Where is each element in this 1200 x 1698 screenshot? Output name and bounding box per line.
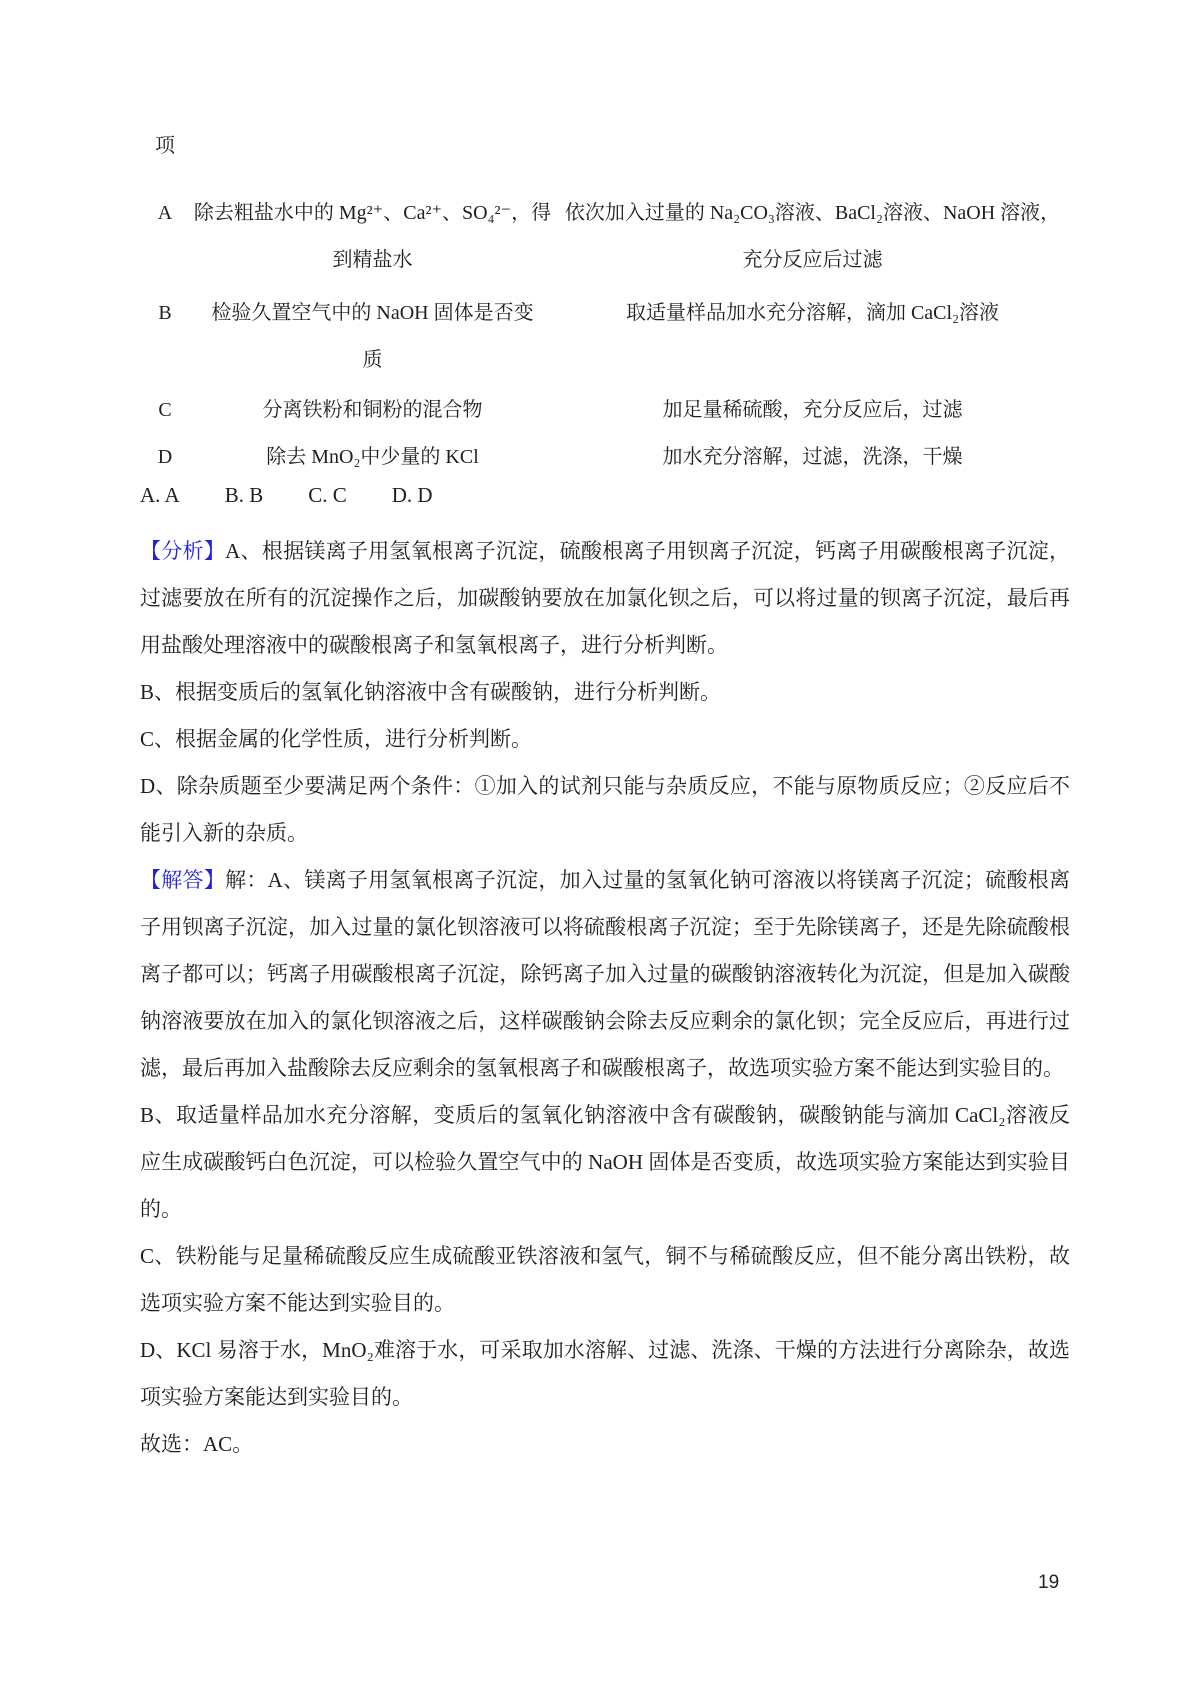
answer-paragraph: 【解答】解：A、镁离子用氢氧根离子沉淀，加入过量的氢氧化钠可溶液以将镁离子沉淀；…	[140, 857, 1070, 1092]
choice-b: B. B	[225, 472, 264, 519]
page-content: 项 A 除去粗盐水中的 Mg²⁺、Ca²⁺、SO₄²⁻，得 到精盐水 依次加入过…	[140, 0, 1070, 1468]
analysis-label: 【分析】	[140, 539, 225, 563]
answer-item-b: B、取适量样品加水充分溶解，变质后的氢氧化钠溶液中含有碳酸钠，碳酸钠能与滴加 C…	[140, 1092, 1070, 1233]
row-method: 分离铁粉和铜粉的混合物	[190, 387, 555, 434]
choice-d: D. D	[392, 472, 433, 519]
explanation-section: 【分析】A、根据镁离子用氢氧根离子沉淀，硫酸根离子用钡离子沉淀，钙离子用碳酸根离…	[140, 528, 1070, 1468]
paragraph-text: D、KCl 易溶于水，MnO₂难溶于水，可采取加水溶解、过滤、洗涤、干燥的方法进…	[140, 1338, 1070, 1409]
analysis-item-c: C、根据金属的化学性质，进行分析判断。	[140, 716, 1070, 763]
paragraph-text: C、根据金属的化学性质，进行分析判断。	[140, 727, 532, 751]
choice-c: C. C	[308, 472, 347, 519]
row-operation: 加水充分溶解，过滤，洗涤，干燥	[555, 434, 1070, 481]
row-method: 除去粗盐水中的 Mg²⁺、Ca²⁺、SO₄²⁻，得 到精盐水	[190, 190, 555, 284]
answer-item-d: D、KCl 易溶于水，MnO₂难溶于水，可采取加水溶解、过滤、洗涤、干燥的方法进…	[140, 1327, 1070, 1421]
paragraph-text: B、取适量样品加水充分溶解，变质后的氢氧化钠溶液中含有碳酸钠，碳酸钠能与滴加 C…	[140, 1103, 1070, 1221]
choice-a: A. A	[140, 472, 180, 519]
answer-item-c: C、铁粉能与足量稀硫酸反应生成硫酸亚铁溶液和氢气，铜不与稀硫酸反应，但不能分离出…	[140, 1233, 1070, 1327]
document-page: 项 A 除去粗盐水中的 Mg²⁺、Ca²⁺、SO₄²⁻，得 到精盐水 依次加入过…	[0, 0, 1200, 1698]
row-key: B	[140, 290, 190, 337]
table-header-row: 项	[140, 123, 1070, 170]
analysis-item-d: D、除杂质题至少要满足两个条件：①加入的试剂只能与杂质反应，不能与原物质反应；②…	[140, 763, 1070, 857]
row-operation: 加足量稀硫酸，充分反应后，过滤	[555, 387, 1070, 434]
table-corner-label: 项	[140, 123, 190, 170]
page-number: 19	[1038, 1572, 1059, 1594]
final-answer: 故选：AC。	[140, 1421, 1070, 1468]
table-row: B 检验久置空气中的 NaOH 固体是否变 质 取适量样品加水充分溶解，滴加 C…	[140, 290, 1070, 384]
row-operation: 依次加入过量的 Na₂CO₃溶液、BaCl₂溶液、NaOH 溶液， 充分反应后过…	[555, 190, 1070, 284]
table-row: C 分离铁粉和铜粉的混合物 加足量稀硫酸，充分反应后，过滤	[140, 387, 1070, 434]
paragraph-text: C、铁粉能与足量稀硫酸反应生成硫酸亚铁溶液和氢气，铜不与稀硫酸反应，但不能分离出…	[140, 1244, 1070, 1315]
answer-label: 【解答】	[140, 868, 225, 892]
experiment-table: 项 A 除去粗盐水中的 Mg²⁺、Ca²⁺、SO₄²⁻，得 到精盐水 依次加入过…	[140, 123, 1070, 481]
paragraph-text: B、根据变质后的氢氧化钠溶液中含有碳酸钠，进行分析判断。	[140, 680, 721, 704]
row-method: 检验久置空气中的 NaOH 固体是否变 质	[190, 290, 555, 384]
analysis-item-b: B、根据变质后的氢氧化钠溶液中含有碳酸钠，进行分析判断。	[140, 669, 1070, 716]
table-row: D 除去 MnO₂中少量的 KCl 加水充分溶解，过滤，洗涤，干燥	[140, 434, 1070, 481]
paragraph-text: 解：A、镁离子用氢氧根离子沉淀，加入过量的氢氧化钠可溶液以将镁离子沉淀；硫酸根离…	[140, 868, 1070, 1080]
row-key: A	[140, 190, 190, 237]
paragraph-text: A、根据镁离子用氢氧根离子沉淀，硫酸根离子用钡离子沉淀，钙离子用碳酸根离子沉淀，…	[140, 539, 1070, 657]
paragraph-text: 故选：AC。	[140, 1432, 253, 1456]
table-row: A 除去粗盐水中的 Mg²⁺、Ca²⁺、SO₄²⁻，得 到精盐水 依次加入过量的…	[140, 190, 1070, 284]
analysis-paragraph: 【分析】A、根据镁离子用氢氧根离子沉淀，硫酸根离子用钡离子沉淀，钙离子用碳酸根离…	[140, 528, 1070, 669]
paragraph-text: D、除杂质题至少要满足两个条件：①加入的试剂只能与杂质反应，不能与原物质反应；②…	[140, 774, 1070, 845]
row-key: C	[140, 387, 190, 434]
row-operation: 取适量样品加水充分溶解，滴加 CaCl₂溶液	[555, 290, 1070, 337]
